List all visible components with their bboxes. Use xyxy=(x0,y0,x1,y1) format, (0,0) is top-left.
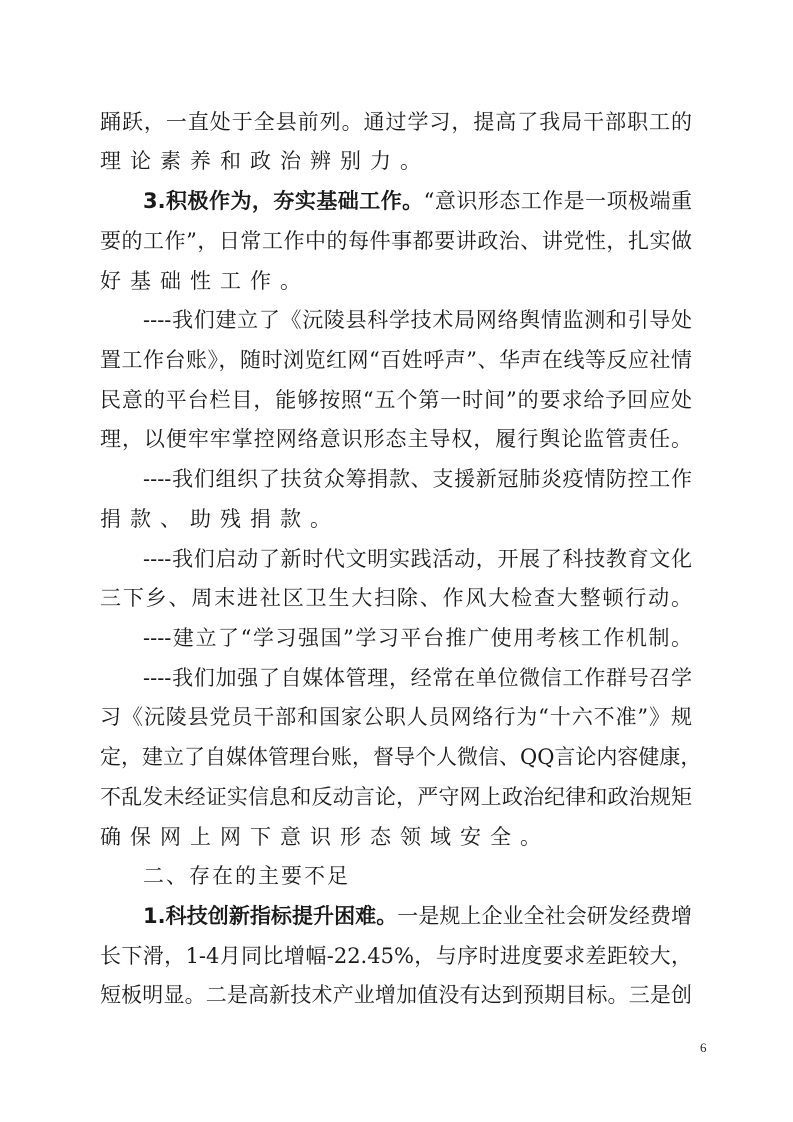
text-line: 理，以便牢牢掌控网络意识形态主导权，履行舆论监管责任。 xyxy=(100,424,692,454)
text-run: “意识形态工作是一项极端重 xyxy=(424,189,692,213)
bullet-line: ----建立了“学习强国”学习平台推广使用考核工作机制。 xyxy=(143,623,692,653)
text-line: 捐款、助残捐款。 xyxy=(100,504,692,534)
section-3-line: 3.积极作为，夯实基础工作。“意识形态工作是一项极端重 xyxy=(143,186,692,216)
document-page: 踊跃，一直处于全县前列。通过学习，提高了我局干部职工的 理论素养和政治辨别力。 … xyxy=(0,0,793,1122)
text-line: 民意的平台栏目，能够按照“五个第一时间”的要求给予回应处 xyxy=(100,385,692,415)
text-line: 定，建立了自媒体管理台账，督导个人微信、QQ言论内容健康， xyxy=(100,742,692,772)
text-line: 理论素养和政治辨别力。 xyxy=(100,146,692,176)
text-line: 习《沅陵县党员干部和国家公职人员网络行为“十六不准”》规 xyxy=(100,702,692,732)
bullet-line: ----我们加强了自媒体管理，经常在单位微信工作群号召学 xyxy=(143,663,692,693)
subsection-1-line: 1.科技创新指标提升困难。一是规上企业全社会研发经费增 xyxy=(143,901,692,931)
text-line: 要的工作”，日常工作中的每件事都要讲政治、讲党性，扎实做 xyxy=(100,226,692,256)
text-line: 踊跃，一直处于全县前列。通过学习，提高了我局干部职工的 xyxy=(100,107,692,137)
text-line: 确保网上网下意识形态领域安全。 xyxy=(100,822,692,852)
bullet-line: ----我们建立了《沅陵县科学技术局网络舆情监测和引导处 xyxy=(143,305,692,335)
section-3-title: 3.积极作为，夯实基础工作。 xyxy=(143,189,424,213)
subsection-1-title: 1.科技创新指标提升困难。 xyxy=(143,904,397,928)
text-line: 长下滑，1-4月同比增幅-22.45%，与序时进度要求差距较大， xyxy=(100,941,692,971)
page-number: 6 xyxy=(700,1040,707,1056)
text-run: 一是规上企业全社会研发经费增 xyxy=(397,904,692,928)
text-line: 好基础性工作。 xyxy=(100,266,692,296)
section-heading: 二、存在的主要不足 xyxy=(143,861,692,891)
text-line: 不乱发未经证实信息和反动言论，严守网上政治纪律和政治规矩 xyxy=(100,782,692,812)
text-line: 短板明显。二是高新技术产业增加值没有达到预期目标。三是创 xyxy=(100,980,692,1010)
bullet-line: ----我们启动了新时代文明实践活动，开展了科技教育文化 xyxy=(143,544,692,574)
text-line: 三下乡、周末进社区卫生大扫除、作风大检查大整顿行动。 xyxy=(100,583,692,613)
text-line: 置工作台账》，随时浏览红网“百姓呼声”、华声在线等反应社情 xyxy=(100,345,692,375)
bullet-line: ----我们组织了扶贫众筹捐款、支援新冠肺炎疫情防控工作 xyxy=(143,464,692,494)
